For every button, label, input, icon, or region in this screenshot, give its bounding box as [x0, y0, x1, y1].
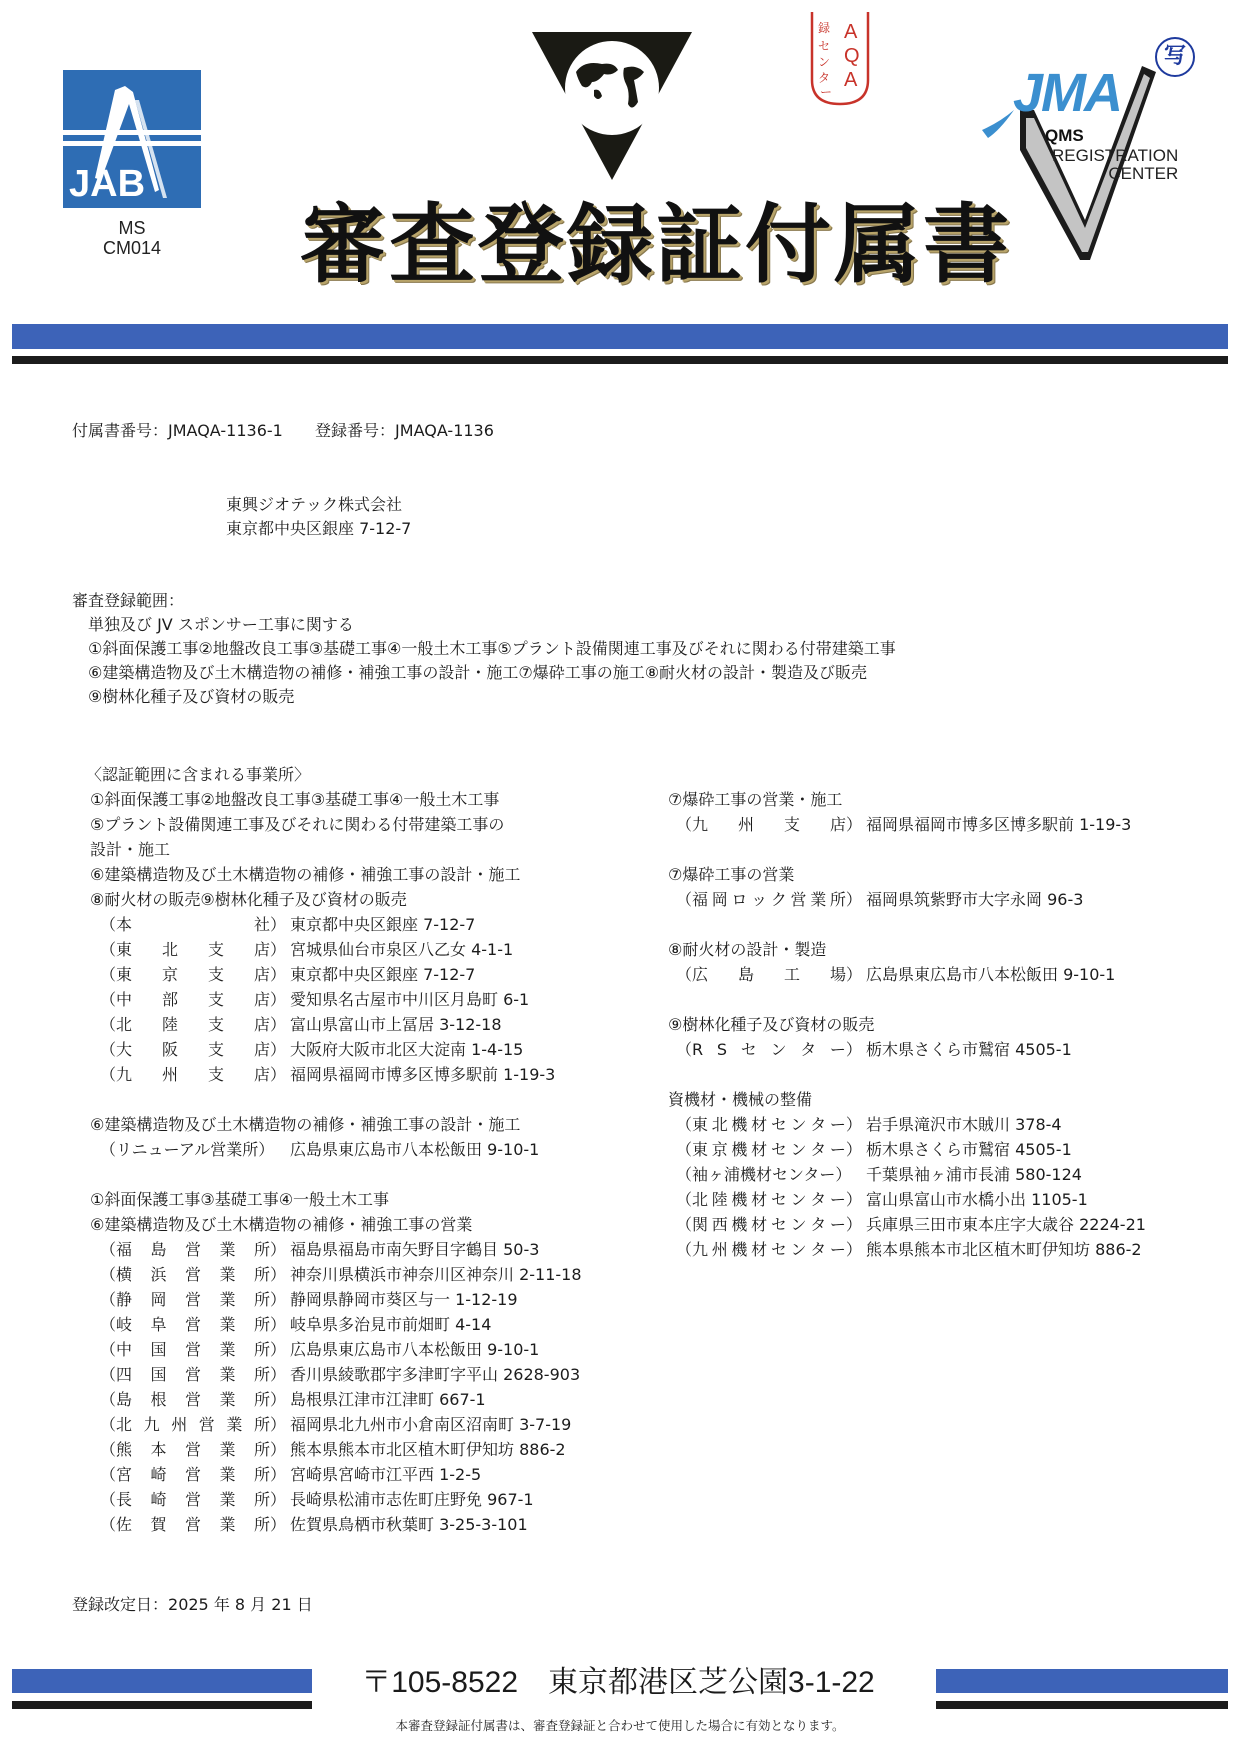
label-char: 阪 [162, 1039, 178, 1061]
label-char: 所） [254, 1414, 286, 1436]
globe-icon [532, 30, 692, 182]
label-char: 機 [731, 1239, 747, 1261]
right-group-scope: ⑧耐火材の設計・製造 [668, 939, 826, 961]
label-char: 所） [254, 1314, 286, 1336]
revision-date-label: 登録改定日： [72, 1595, 168, 1614]
footer-left-black-band [12, 1701, 312, 1709]
office-label: （東京支店） [100, 964, 286, 986]
office-row-kyushu-branch: （九州支店） 福岡県福岡市博多区博多駅前 1-19-3 [100, 1064, 640, 1086]
office-address: 岐阜県多治見市前畑町 4-14 [290, 1314, 491, 1336]
label-char: 材 [751, 1189, 767, 1211]
office-row-sales-office: （四国営業所）香川県綾歌郡宇多津町字平山 2628-903 [100, 1364, 700, 1386]
footer-right-blue-band [936, 1669, 1228, 1693]
label-char: （九 [100, 1064, 132, 1086]
label-char: 業 [219, 1514, 235, 1536]
label-char: 業 [219, 1464, 235, 1486]
label-char: 岡 [150, 1289, 166, 1311]
svg-text:A: A [844, 21, 858, 43]
label-char: 営 [185, 1239, 201, 1261]
office-row-chubu-branch: （中部支店） 愛知県名古屋市中川区月島町 6-1 [100, 989, 640, 1011]
office-address: 愛知県名古屋市中川区月島町 6-1 [290, 989, 529, 1011]
label-char: （横 [100, 1264, 132, 1286]
office-label: （宮崎営業所） [100, 1464, 286, 1486]
label-char: （袖ヶ浦機材センター） [676, 1164, 851, 1186]
label-char: 工 [784, 964, 800, 986]
label-char: セ [741, 1039, 757, 1061]
office-row-tohoku-branch: （東北支店） 宮城県仙台市泉区八乙女 4-1-1 [100, 939, 640, 961]
group1-scope-line: ①斜面保護工事②地盤改良工事③基礎工事④一般土木工事 [90, 789, 499, 811]
label-char: （東 [100, 939, 132, 961]
label-char: セ [771, 1189, 787, 1211]
office-row-renewal-sales: （リニューアル営業所） 広島県東広島市八本松飯田 9-10-1 [100, 1139, 640, 1161]
label-char: 北 [162, 939, 178, 961]
label-char: 西 [712, 1214, 728, 1236]
label-char: 業 [226, 1414, 242, 1436]
label-char: （本 [100, 914, 132, 936]
label-char: セ [771, 1239, 787, 1261]
group3-scope-line: ①斜面保護工事③基礎工事④一般土木工事 [90, 1189, 389, 1211]
label-char: （福 [100, 1239, 132, 1261]
label-char: 機 [731, 1189, 747, 1211]
company-address: 東京都中央区銀座 7-12-7 [226, 518, 411, 540]
label-char: （熊 [100, 1439, 132, 1461]
label-char: 業 [219, 1289, 235, 1311]
office-label: （熊本営業所） [100, 1439, 286, 1461]
office-address: 熊本県熊本市北区植木町伊知坊 886-2 [290, 1439, 566, 1461]
label-char: 支 [208, 1014, 224, 1036]
office-row-sales-office: （佐賀営業所）佐賀県鳥栖市秋葉町 3-25-3-101 [100, 1514, 700, 1536]
office-row-sales-office: （福島営業所）福島県福島市南矢野目字鶴目 50-3 [100, 1239, 700, 1261]
office-address: 長崎県松浦市志佐町庄野免 967-1 [290, 1489, 534, 1511]
office-address: 佐賀県鳥栖市秋葉町 3-25-3-101 [290, 1514, 528, 1536]
label-char: ン [791, 1114, 807, 1136]
office-row-right: （北陸機材センター）富山県富山市水橋小出 1105-1 [676, 1189, 1240, 1211]
label-char: ン [791, 1189, 807, 1211]
office-row-right: （東京機材センター）栃木県さくら市鷲宿 4505-1 [676, 1139, 1240, 1161]
office-label: （東北機材センター） [676, 1114, 862, 1136]
label-char: ー） [830, 1189, 862, 1211]
label-char: 島 [738, 964, 754, 986]
label-char: 業 [219, 1389, 235, 1411]
label-char: 店） [254, 1039, 286, 1061]
office-row-right: （広島工場）広島県東広島市八本松飯田 9-10-1 [676, 964, 1240, 986]
label-char: 営 [185, 1289, 201, 1311]
label-char: 営 [185, 1514, 201, 1536]
jab-caption-ms: MS [63, 218, 201, 238]
office-label: （広島工場） [676, 964, 862, 986]
jma-qms-label: QMS [1045, 126, 1084, 146]
label-char: 九 [144, 1414, 160, 1436]
label-char: ン [791, 1139, 807, 1161]
label-char: （中 [100, 1339, 132, 1361]
office-label: （リニューアル営業所） [100, 1139, 286, 1161]
jma-brand: JMA [1013, 66, 1121, 120]
label-char: （北 [100, 1014, 132, 1036]
label-char: 所） [254, 1339, 286, 1361]
label-char: （関 [676, 1214, 708, 1236]
office-row-osaka-branch: （大阪支店） 大阪府大阪市北区大淀南 1-4-15 [100, 1039, 640, 1061]
jab-accreditation-code: MS CM014 [63, 218, 201, 258]
label-char: 所） [254, 1289, 286, 1311]
office-label: （東北支店） [100, 939, 286, 961]
label-char: 岡 [712, 889, 728, 911]
office-address: 兵庫県三田市東本庄字大歳谷 2224-21 [866, 1214, 1146, 1236]
office-label: （RSセンター） [676, 1039, 862, 1061]
label-char: ー） [830, 1114, 862, 1136]
label-char: （長 [100, 1489, 132, 1511]
label-char: 営 [185, 1389, 201, 1411]
office-address: 富山県富山市上冨居 3-12-18 [290, 1014, 502, 1036]
office-address: 広島県東広島市八本松飯田 9-10-1 [290, 1139, 539, 1161]
office-row-sales-office: （中国営業所）広島県東広島市八本松飯田 9-10-1 [100, 1339, 700, 1361]
revision-date: 2025 年 8 月 21 日 [168, 1595, 313, 1614]
label-char: 根 [150, 1389, 166, 1411]
label-char: 営 [185, 1364, 201, 1386]
office-address: 宮城県仙台市泉区八乙女 4-1-1 [290, 939, 513, 961]
office-row-sales-office: （宮崎営業所）宮崎県宮崎市江平西 1-2-5 [100, 1464, 700, 1486]
office-label: （岐阜営業所） [100, 1314, 286, 1336]
office-label: （大阪支店） [100, 1039, 286, 1061]
office-label: （福島営業所） [100, 1239, 286, 1261]
label-char: ー） [830, 1239, 862, 1261]
office-label: （九州支店） [100, 1064, 286, 1086]
label-char: （静 [100, 1289, 132, 1311]
label-char: 陸 [712, 1189, 728, 1211]
registration-number: JMAQA-1136 [395, 421, 494, 440]
label-char: （福 [676, 889, 708, 911]
office-row-right: （九州機材センター）熊本県熊本市北区植木町伊知坊 886-2 [676, 1239, 1240, 1261]
office-row-sales-office: （岐阜営業所）岐阜県多治見市前畑町 4-14 [100, 1314, 700, 1336]
label-char: 所） [254, 1489, 286, 1511]
label-char: 機 [731, 1114, 747, 1136]
office-row-right: （関西機材センター）兵庫県三田市東本庄字大歳谷 2224-21 [676, 1214, 1240, 1236]
label-char: タ [800, 1039, 816, 1061]
label-char: 営 [185, 1264, 201, 1286]
jma-registration-center-label: REGISTRATION CENTER [1052, 147, 1178, 183]
label-char: （東 [676, 1139, 708, 1161]
label-char: （佐 [100, 1514, 132, 1536]
office-address: 東京都中央区銀座 7-12-7 [290, 964, 475, 986]
office-row-head-office: （本 社） 東京都中央区銀座 7-12-7 [100, 914, 640, 936]
group2-scope-line: ⑥建築構造物及び土木構造物の補修・補強工事の設計・施工 [90, 1114, 520, 1136]
label-char: 業 [219, 1364, 235, 1386]
label-char: （リニューアル営業所） [100, 1139, 274, 1161]
header-black-band [12, 356, 1228, 364]
office-label: （北陸支店） [100, 1014, 286, 1036]
office-address: 栃木県さくら市鷲宿 4505-1 [866, 1139, 1072, 1161]
right-group-scope: ⑦爆砕工事の営業 [668, 864, 794, 886]
globe-triangle-logo [532, 30, 692, 182]
label-char: （北 [100, 1414, 132, 1436]
validity-note: 本審査登録証付属書は、審査登録証と合わせて使用した場合に有効となります。 [330, 1718, 910, 1734]
office-label: （佐賀営業所） [100, 1514, 286, 1536]
label-char: （岐 [100, 1314, 132, 1336]
jma-registration: REGISTRATION [1052, 147, 1178, 165]
label-char: （四 [100, 1364, 132, 1386]
office-address: 香川県綾歌郡宇多津町字平山 2628-903 [290, 1364, 580, 1386]
office-row-right: （福岡ロック営業所）福岡県筑紫野市大字永岡 96-3 [676, 889, 1240, 911]
office-label: （中部支店） [100, 989, 286, 1011]
registration-number-label: 登録番号： [315, 421, 395, 440]
label-char: 場） [830, 964, 862, 986]
label-char: タ [810, 1189, 826, 1211]
revision-date-line: 登録改定日：2025 年 8 月 21 日 [72, 1594, 313, 1616]
office-row-tokyo-branch: （東京支店） 東京都中央区銀座 7-12-7 [100, 964, 640, 986]
office-address: 千葉県袖ヶ浦市長浦 580-124 [866, 1164, 1082, 1186]
label-char: 店） [254, 1014, 286, 1036]
label-char: セ [771, 1214, 787, 1236]
footer-left-blue-band [12, 1669, 312, 1693]
label-char: 材 [751, 1239, 767, 1261]
group1-scope-line: ⑧耐火材の販売⑨樹林化種子及び資材の販売 [90, 889, 407, 911]
label-char: （北 [676, 1189, 708, 1211]
label-char: タ [810, 1139, 826, 1161]
office-row-right: （九州支店）福岡県福岡市博多区博多駅前 1-19-3 [676, 814, 1240, 836]
office-address: 大阪府大阪市北区大淀南 1-4-15 [290, 1039, 523, 1061]
jab-caption-code: CM014 [63, 238, 201, 258]
label-char: 所） [254, 1389, 286, 1411]
label-char: ク [771, 889, 787, 911]
label-char: 営 [791, 889, 807, 911]
office-row-sales-office: （横浜営業所）神奈川県横浜市神奈川区神奈川 2-11-18 [100, 1264, 700, 1286]
svg-text:A: A [844, 69, 858, 91]
label-char: 所） [254, 1514, 286, 1536]
svg-text:ー: ー [820, 85, 832, 99]
label-char: タ [810, 1114, 826, 1136]
office-address: 神奈川県横浜市神奈川区神奈川 2-11-18 [290, 1264, 582, 1286]
label-char: 業 [219, 1489, 235, 1511]
office-address: 島根県江津市江津町 667-1 [290, 1389, 486, 1411]
office-label: （北陸機材センター） [676, 1189, 862, 1211]
office-address: 栃木県さくら市鷲宿 4505-1 [866, 1039, 1072, 1061]
scope-line: ①斜面保護工事②地盤改良工事③基礎工事④一般土木工事⑤プラント設備関連工事及びそ… [88, 638, 896, 660]
office-label: （東京機材センター） [676, 1139, 862, 1161]
office-address: 宮崎県宮崎市江平西 1-2-5 [290, 1464, 481, 1486]
office-address: 福岡県北九州市小倉南区沼南町 3-7-19 [290, 1414, 571, 1436]
label-char: 国 [150, 1339, 166, 1361]
label-char: 支 [208, 939, 224, 961]
label-char: ン [791, 1214, 807, 1236]
label-char: 州 [162, 1064, 178, 1086]
scope-line: ⑨樹林化種子及び資材の販売 [88, 686, 294, 708]
label-char: ッ [751, 889, 767, 911]
label-char: 島 [150, 1239, 166, 1261]
label-char: 業 [219, 1439, 235, 1461]
header-blue-band [12, 324, 1228, 349]
label-char: 営 [199, 1414, 215, 1436]
office-address: 岩手県滝沢市木賊川 378-4 [866, 1114, 1062, 1136]
label-char: 京 [162, 964, 178, 986]
office-row-sales-office: （長崎営業所）長崎県松浦市志佐町庄野免 967-1 [100, 1489, 700, 1511]
label-char: 支 [208, 964, 224, 986]
label-char: 崎 [150, 1489, 166, 1511]
label-char: 陸 [162, 1014, 178, 1036]
right-group-scope: ⑨樹林化種子及び資材の販売 [668, 1014, 874, 1036]
appendix-number-label: 付属書番号： [72, 421, 168, 440]
label-char: （九 [676, 1239, 708, 1261]
label-char: タ [810, 1214, 826, 1236]
label-char: （広 [676, 964, 708, 986]
label-char: セ [771, 1114, 787, 1136]
group1-scope-line: ⑥建築構造物及び土木構造物の補修・補強工事の設計・施工 [90, 864, 520, 886]
label-char: ン [770, 1039, 786, 1061]
label-char: 京 [712, 1139, 728, 1161]
label-char: （九 [676, 814, 708, 836]
label-char: 国 [150, 1364, 166, 1386]
label-char: 所） [254, 1464, 286, 1486]
label-char: 営 [185, 1439, 201, 1461]
office-address: 静岡県静岡市葵区与一 1-12-19 [290, 1289, 518, 1311]
group1-scope-line: 設計・施工 [90, 839, 170, 861]
office-row-hokuriku-branch: （北陸支店） 富山県富山市上冨居 3-12-18 [100, 1014, 640, 1036]
label-char: 営 [185, 1314, 201, 1336]
jab-logo: JAB [63, 70, 201, 208]
label-char: S [717, 1039, 727, 1061]
label-char: 業 [219, 1264, 235, 1286]
label-char: 支 [784, 814, 800, 836]
label-char: 機 [731, 1214, 747, 1236]
office-row-right: （袖ヶ浦機材センター）千葉県袖ヶ浦市長浦 580-124 [676, 1164, 1240, 1186]
label-char: 州 [738, 814, 754, 836]
group1-scope-line: ⑤プラント設備関連工事及びそれに関わる付帯建築工事の [90, 814, 504, 836]
label-char: 所） [254, 1364, 286, 1386]
label-char: 支 [208, 989, 224, 1011]
issuer-address: 〒105-8522 東京都港区芝公園3-1-22 [358, 1666, 878, 1700]
office-label: （九州機材センター） [676, 1239, 862, 1261]
document-title: 審査登録証付属書 [300, 195, 940, 295]
label-char: （R [676, 1039, 703, 1061]
office-address: 広島県東広島市八本松飯田 9-10-1 [866, 964, 1115, 986]
label-char: 賀 [150, 1514, 166, 1536]
label-char: 営 [185, 1339, 201, 1361]
svg-text:ン: ン [818, 55, 830, 69]
label-char: （島 [100, 1389, 132, 1411]
company-name: 東興ジオテック株式会社 [226, 494, 402, 516]
label-char: セ [771, 1139, 787, 1161]
office-address: 福島県福島市南矢野目字鶴目 50-3 [290, 1239, 539, 1261]
office-label: （長崎営業所） [100, 1489, 286, 1511]
label-char: 営 [185, 1464, 201, 1486]
label-char: 所） [254, 1264, 286, 1286]
appendix-number-line: 付属書番号：JMAQA-1136-1 登録番号：JMAQA-1136 [72, 420, 494, 442]
label-char: 店） [830, 814, 862, 836]
office-row-right: （RSセンター）栃木県さくら市鷲宿 4505-1 [676, 1039, 1240, 1061]
label-char: 崎 [150, 1464, 166, 1486]
svg-text:セ: セ [818, 39, 830, 53]
red-seal-icon: A Q A 録 セ ン タ ー [808, 10, 872, 106]
right-group-scope: 資機材・機械の整備 [668, 1089, 812, 1111]
office-address: 福岡県筑紫野市大字永岡 96-3 [866, 889, 1083, 911]
office-label: （静岡営業所） [100, 1289, 286, 1311]
office-label: （袖ヶ浦機材センター） [676, 1164, 862, 1186]
jab-mark-icon: JAB [63, 70, 201, 208]
svg-text:録: 録 [818, 21, 830, 35]
label-char: 業 [219, 1239, 235, 1261]
office-label: （関西機材センター） [676, 1214, 862, 1236]
office-address: 福岡県福岡市博多区博多駅前 1-19-3 [290, 1064, 555, 1086]
jma-center: CENTER [1052, 165, 1178, 183]
label-char: 州 [712, 1239, 728, 1261]
label-char: （東 [676, 1114, 708, 1136]
label-char: 店） [254, 989, 286, 1011]
svg-text:JAB: JAB [69, 163, 145, 205]
label-char: タ [810, 1239, 826, 1261]
footer-right-black-band [936, 1701, 1228, 1709]
offices-heading: 〈認証範囲に含まれる事業所〉 [86, 764, 310, 786]
label-char: 店） [254, 939, 286, 961]
office-label: （横浜営業所） [100, 1264, 286, 1286]
label-char: 社） [254, 914, 286, 936]
group3-scope-line: ⑥建築構造物及び土木構造物の補修・補強工事の営業 [90, 1214, 472, 1236]
label-char: 材 [751, 1139, 767, 1161]
label-char: 州 [171, 1414, 187, 1436]
scope-line: ⑥建築構造物及び土木構造物の補修・補強工事の設計・施工⑦爆砕工事の施工⑧耐火材の… [88, 662, 867, 684]
label-char: ン [791, 1239, 807, 1261]
scope-heading: 審査登録範囲： [72, 590, 184, 612]
right-group-scope: ⑦爆砕工事の営業・施工 [668, 789, 842, 811]
office-label: （四国営業所） [100, 1364, 286, 1386]
label-char: 所） [254, 1239, 286, 1261]
label-char: （宮 [100, 1464, 132, 1486]
label-char: 所） [830, 889, 862, 911]
label-char: 支 [208, 1064, 224, 1086]
appendix-number: JMAQA-1136-1 [168, 421, 283, 440]
label-char: 材 [751, 1114, 767, 1136]
label-char: 北 [712, 1114, 728, 1136]
label-char: 業 [219, 1314, 235, 1336]
office-address: 熊本県熊本市北区植木町伊知坊 886-2 [866, 1239, 1142, 1261]
label-char: ー） [830, 1139, 862, 1161]
office-label: （島根営業所） [100, 1389, 286, 1411]
label-char: 店） [254, 1064, 286, 1086]
svg-text:タ: タ [818, 71, 830, 85]
label-char: 機 [731, 1139, 747, 1161]
office-address: 広島県東広島市八本松飯田 9-10-1 [290, 1339, 539, 1361]
label-char: 部 [162, 989, 178, 1011]
label-char: 営 [185, 1489, 201, 1511]
label-char: 支 [208, 1039, 224, 1061]
label-char: （中 [100, 989, 132, 1011]
label-char: ロ [731, 889, 747, 911]
label-char: ー） [830, 1039, 862, 1061]
office-label: （北九州営業所） [100, 1414, 286, 1436]
label-char: ー） [830, 1214, 862, 1236]
aqa-seal: A Q A 録 セ ン タ ー [808, 10, 872, 106]
label-char: 業 [219, 1339, 235, 1361]
office-row-sales-office: （静岡営業所）静岡県静岡市葵区与一 1-12-19 [100, 1289, 700, 1311]
label-char: 店） [254, 964, 286, 986]
svg-text:Q: Q [844, 45, 860, 67]
label-char: 阜 [150, 1314, 166, 1336]
label-char: 本 [150, 1439, 166, 1461]
label-char: （大 [100, 1039, 132, 1061]
label-char: 材 [751, 1214, 767, 1236]
office-address: 東京都中央区銀座 7-12-7 [290, 914, 475, 936]
office-label: （本 社） [100, 914, 286, 936]
office-address: 富山県富山市水橋小出 1105-1 [866, 1189, 1088, 1211]
label-char: 業 [810, 889, 826, 911]
scope-line: 単独及び JV スポンサー工事に関する [88, 614, 354, 636]
label-char: 浜 [150, 1264, 166, 1286]
office-label: （福岡ロック営業所） [676, 889, 862, 911]
label-char: 所） [254, 1439, 286, 1461]
office-row-sales-office: （島根営業所）島根県江津市江津町 667-1 [100, 1389, 700, 1411]
office-label: （中国営業所） [100, 1339, 286, 1361]
office-row-right: （東北機材センター）岩手県滝沢市木賊川 378-4 [676, 1114, 1240, 1136]
label-char: （東 [100, 964, 132, 986]
office-row-sales-office: （北九州営業所）福岡県北九州市小倉南区沼南町 3-7-19 [100, 1414, 700, 1436]
office-label: （九州支店） [676, 814, 862, 836]
